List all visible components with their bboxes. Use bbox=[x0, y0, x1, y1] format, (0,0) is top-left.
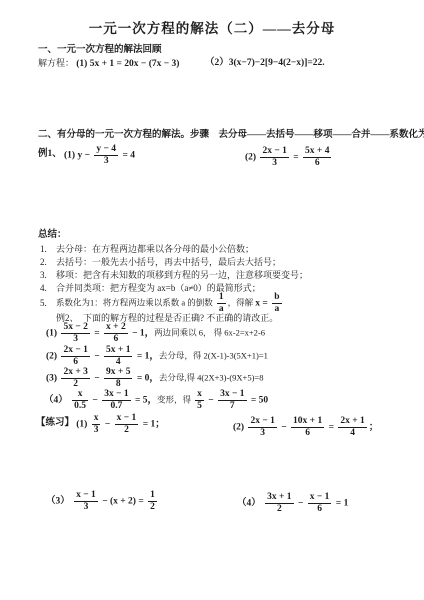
example2-problem-1: (1) 5x − 23 = x + 26 − 1，两边同乘以 6， 得 6x-2… bbox=[46, 322, 265, 346]
practice-row: 【练习】 (1) x3 − x − 12 = 1； (2) 2x − 13 − … bbox=[36, 413, 424, 439]
equation-s1-1: (1) 5x + 1 = 20x − (7x − 3) bbox=[76, 59, 179, 69]
summary-item-5: 5.系数化为1：将方程两边乘以系数 a 的倒数 1a，得解 x = ba bbox=[40, 292, 284, 314]
practice-problem-2: (2) 2x − 13 − 10x + 16 = 2x + 14； bbox=[233, 416, 378, 439]
example2-problem-3: (3) 2x + 32 − 9x + 58 = 0，去分母,得 4(2X+3)-… bbox=[46, 367, 263, 391]
summary-item-number: 2. bbox=[40, 257, 56, 268]
practice-problem-1: (1) x3 − x − 12 = 1； bbox=[76, 413, 164, 436]
section1-heading: 一、一元一次方程的解法回顾 bbox=[38, 45, 162, 57]
example1-row: 例1、 (1) y − y − 43 = 4 (2) 2x − 13 = 5x … bbox=[38, 144, 424, 176]
page-title: 一元一次方程的解法（二）——去分母 bbox=[0, 21, 424, 38]
summary-heading: 总结： bbox=[38, 230, 67, 242]
summary-item-text: 移项：把含有未知数的项移到方程的另一边，注意移项要变号； bbox=[56, 270, 308, 280]
summary-item: 2.去括号：一般先去小括号，再去中括号，最后去大括号； bbox=[40, 257, 281, 268]
summary-item-number: 1. bbox=[40, 244, 56, 255]
practice-row-2: （3） x − 13 − (x + 2) = 12 （4） 3x + 12 − … bbox=[46, 490, 424, 516]
equation-ex1-2: (2) 2x − 13 = 5x + 46 bbox=[245, 146, 333, 169]
summary-item-number: 3. bbox=[40, 270, 56, 281]
example1-label: 例1、 bbox=[38, 149, 62, 161]
practice-label: 【练习】 bbox=[36, 418, 74, 430]
summary-item-number: 5. bbox=[40, 298, 56, 309]
equation-s1-2: （2）3(x−7)−2[9−4(2−x)]=22. bbox=[205, 58, 325, 70]
solve-label: 解方程： bbox=[38, 58, 74, 68]
example2-problem-2: (2) 2x − 16 − 5x + 14 = 1，去分母，得 2(X-1)-3… bbox=[46, 345, 268, 369]
summary-item-text: 去分母：在方程两边都乘以各分母的最小公倍数； bbox=[56, 244, 254, 254]
equation-ex1-1: (1) y − y − 43 = 4 bbox=[64, 144, 135, 167]
practice-problem-3: （3） x − 13 − (x + 2) = 12 bbox=[46, 490, 159, 513]
summary-item-text: 去括号：一般先去小括号，再去中括号，最后去大括号； bbox=[56, 257, 281, 267]
summary-item: 1.去分母：在方程两边都乘以各分母的最小公倍数； bbox=[40, 244, 254, 255]
worksheet-page: 一元一次方程的解法（二）——去分母 一、一元一次方程的解法回顾 解方程： (1)… bbox=[0, 0, 424, 600]
section2-heading: 二、有分母的一元一次方程的解法。步骤 去分母——去括号——移项——合并——系数化… bbox=[38, 130, 424, 142]
summary-item-5-equation: 系数化为1：将方程两边乘以系数 a 的倒数 1a，得解 x = ba bbox=[56, 292, 284, 315]
practice-problem-4: （4） 3x + 12 − x − 16 = 1 bbox=[237, 492, 348, 515]
section1-solve-row: 解方程： (1) 5x + 1 = 20x − (7x − 3) （2）3(x−… bbox=[38, 58, 424, 71]
summary-item: 3.移项：把含有未知数的项移到方程的另一边，注意移项要变号； bbox=[40, 270, 308, 281]
example2-problem-4: （4） x0.5 − 3x − 10.7 = 5，变形，得 x5 − 3x − … bbox=[44, 389, 268, 413]
